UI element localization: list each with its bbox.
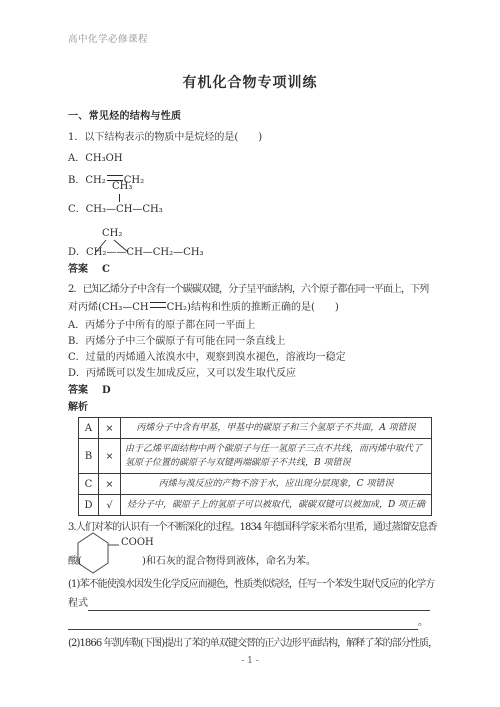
table-row: C × 丙烯与溴反应的产物不溶于水，应出现分层现象，C 项错误 — [79, 474, 432, 495]
q3-part1-line2-label: 程式 — [68, 598, 88, 609]
q1-stem: 1．以下结构表示的物质中是烷烃的是( ) — [68, 131, 448, 145]
q1-option-a-formula: CH₃OH — [85, 153, 122, 164]
table-row: A × 丙烯分子中含有甲基，甲基中的碳原子和三个氢原子不共面，A 项错误 — [79, 418, 432, 439]
row-explanation: 烃分子中，碳原子上的氢原子可以被取代，碳碳双键可以被加成，D 项正确 — [121, 495, 432, 516]
q3-part1-tail-punct: 。 — [418, 617, 428, 628]
q3-part1-line1: (1)苯不能使溴水因发生化学反应而褪色，性质类似烷烃，任写一个苯发生取代反应的化… — [68, 578, 448, 592]
answer-blank-line — [88, 597, 430, 611]
q1-option-b-left: CH₂ — [85, 175, 105, 186]
row-explanation: 由于乙烯平面结构中两个碳原子与任一氢原子三点不共线，而丙烯中取代了氢原子位置的碳… — [121, 439, 432, 474]
q2-stem-line2-post: CH₂)结构和性质的推断正确的是( ) — [167, 302, 339, 313]
q2-stem-line1: 2．已知乙烯分子中含有一个碳碳双键，分子呈平面结构，六个原子都在同一平面上，下列 — [68, 283, 448, 297]
q3-part1-line2: 程式 — [68, 597, 448, 611]
q2-answer-label: 答案 — [68, 385, 88, 396]
q3-part2-line1: (2)1866 年凯库勒(下图)提出了苯的单双键交替的正六边形平面结构，解释了苯… — [68, 637, 448, 651]
row-mark: √ — [99, 495, 121, 516]
q1-option-d-apex: CH₂ — [102, 228, 122, 240]
row-mark: × — [99, 474, 121, 495]
q3-acid-prefix: 酸( — [68, 556, 82, 568]
q3-part1-line3: 。 — [68, 616, 448, 630]
row-explanation: 丙烯分子中含有甲基，甲基中的碳原子和三个氢原子不共面，A 项错误 — [121, 418, 432, 439]
q2-option-d: D．丙烯既可以发生加成反应，又可以发生取代反应 — [68, 367, 448, 381]
q2-stem-line2-pre: 对丙烯(CH₃—CH — [68, 302, 149, 313]
answer-blank-line — [68, 616, 418, 630]
row-option: B — [79, 439, 99, 474]
q1-option-b-label: B． — [68, 175, 85, 186]
doc-header: 高中化学必修课程 — [68, 33, 448, 47]
q2-stem-line2: 对丙烯(CH₃—CHCH₂)结构和性质的推断正确的是( ) — [68, 301, 448, 315]
q1-answer-value: C — [102, 264, 110, 275]
analysis-table: A × 丙烯分子中含有甲基，甲基中的碳原子和三个氢原子不共面，A 项错误 B ×… — [78, 417, 432, 516]
q1-option-c-label: C． — [68, 204, 86, 215]
page-title: 有机化合物专项训练 — [0, 72, 500, 92]
row-explanation: 丙烯与溴反应的产物不溶于水，应出现分层现象，C 项错误 — [121, 474, 432, 495]
cooh-group-label: COOH — [121, 537, 154, 549]
benzene-ring-icon — [76, 531, 122, 577]
q1-answer: 答案C — [68, 263, 448, 277]
table-row: B × 由于乙烯平面结构中两个碳原子与任一氢原子三点不共线，而丙烯中取代了氢原子… — [79, 439, 432, 474]
q1-option-a: A．CH₃OH — [68, 152, 448, 166]
page-number: - 1 - — [0, 656, 500, 666]
q1-option-a-label: A． — [68, 153, 85, 164]
section-heading: 一、常见烃的结构与性质 — [68, 110, 448, 124]
q1-option-c-formula: CH₃—CH—CH₃ — [86, 204, 163, 215]
q1-option-d-label: D． — [68, 247, 86, 258]
q2-option-b: B．丙烯分子中三个碳原子有可能在同一条直线上 — [68, 335, 448, 349]
q2-answer: 答案D — [68, 384, 448, 398]
document-page: 高中化学必修课程 有机化合物专项训练 一、常见烃的结构与性质 1．以下结构表示的… — [0, 0, 500, 707]
q2-analysis-label: 解析 — [68, 401, 448, 415]
q3-stem-line1: 3.人们对苯的认识有一个不断深化的过程。1834 年德国科学家米希尔里希，通过蒸… — [68, 521, 448, 535]
q1-option-d: D．CH₂——CH—CH₂—CH₃ — [68, 246, 448, 260]
row-option: A — [79, 418, 99, 439]
q1-option-c: C．CH₃—CH—CH₃ — [68, 203, 448, 217]
q2-option-a: A．丙烯分子中所有的原子都在同一平面上 — [68, 319, 448, 333]
table-row: D √ 烃分子中，碳原子上的氢原子可以被取代，碳碳双键可以被加成，D 项正确 — [79, 495, 432, 516]
q2-answer-value: D — [102, 385, 111, 396]
q3-acid-suffix: )和石灰的混合物得到液体，命名为苯。 — [142, 556, 316, 568]
q1-answer-label: 答案 — [68, 264, 88, 275]
q1-option-c-branch: CH₃ — [112, 181, 132, 193]
double-bond-icon — [150, 302, 166, 308]
q1-option-d-formula: CH₂——CH—CH₂—CH₃ — [86, 247, 204, 258]
row-option: C — [79, 474, 99, 495]
row-option: D — [79, 495, 99, 516]
q2-option-c: C．过量的丙烯通入浓溴水中，观察到溴水褪色，溶液均一稳定 — [68, 351, 448, 365]
row-mark: × — [99, 418, 121, 439]
single-bond-vertical — [119, 194, 120, 202]
row-mark: × — [99, 439, 121, 474]
